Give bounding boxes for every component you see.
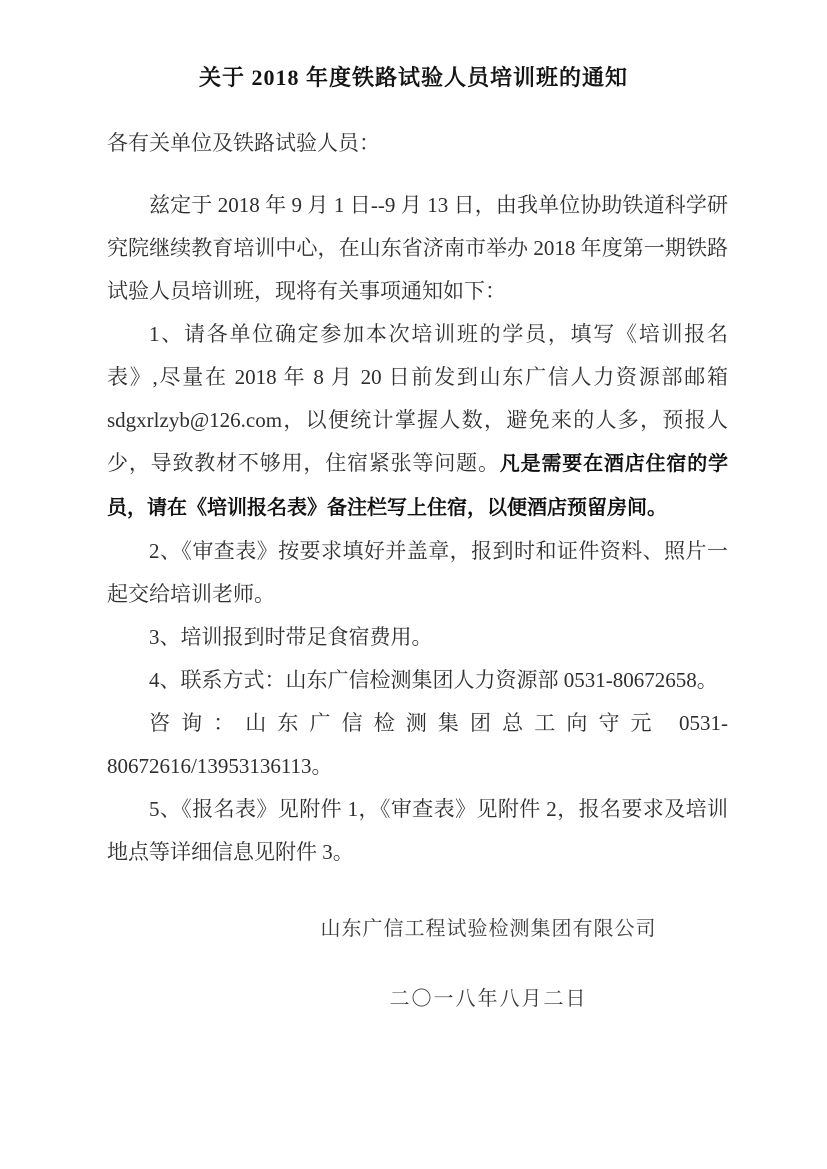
intro-paragraph: 兹定于 2018 年 9 月 1 日--9 月 13 日，由我单位协助铁道科学研… — [107, 184, 728, 313]
item-3-paragraph: 3、培训报到时带足食宿费用。 — [107, 616, 728, 659]
signature-block: 山东广信工程试验检测集团有限公司 二〇一八年八月二日 — [0, 908, 827, 1021]
notice-paragraphs: 兹定于 2018 年 9 月 1 日--9 月 13 日，由我单位协助铁道科学研… — [107, 184, 728, 874]
document-title: 关于 2018 年度铁路试验人员培训班的通知 — [0, 58, 827, 98]
item-4-paragraph: 4、联系方式：山东广信检测集团人力资源部 0531-80672658。 — [107, 659, 728, 702]
company-signature: 山东广信工程试验检测集团有限公司 — [150, 908, 827, 951]
salutation-line: 各有关单位及铁路试验人员： — [107, 122, 728, 165]
document-body: 各有关单位及铁路试验人员： 兹定于 2018 年 9 月 1 日--9 月 13… — [107, 122, 728, 874]
item-5-paragraph: 5、《报名表》见附件 1，《审查表》见附件 2，报名要求及培训地点等详细信息见附… — [107, 788, 728, 874]
item-1-paragraph: 1、请各单位确定参加本次培训班的学员，填写《培训报名表》,尽量在 2018 年 … — [107, 313, 728, 530]
consult-line: 咨询：山东广信检测集团总工向守元 0531-80672616/139531361… — [107, 702, 728, 788]
item-2-paragraph: 2、《审查表》按要求填好并盖章，报到时和证件资料、照片一起交给培训老师。 — [107, 530, 728, 616]
notice-document-page: 关于 2018 年度铁路试验人员培训班的通知 各有关单位及铁路试验人员： 兹定于… — [0, 0, 827, 1169]
signature-date: 二〇一八年八月二日 — [150, 978, 827, 1021]
